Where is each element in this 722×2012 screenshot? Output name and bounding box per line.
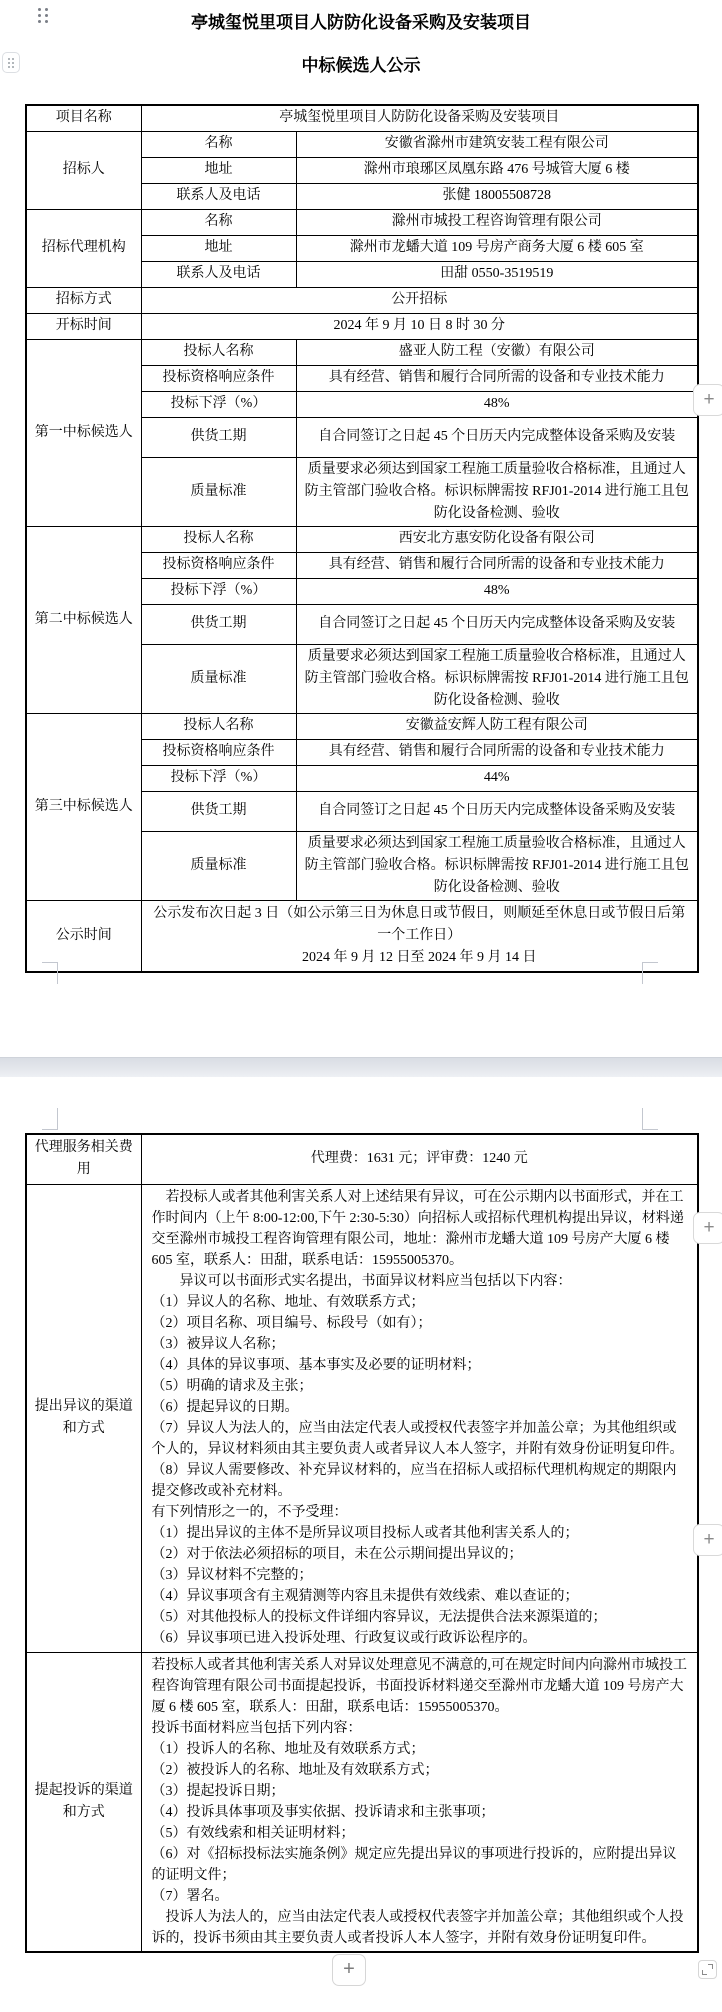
cell-sublabel[interactable]: 投标下浮（%） [141, 578, 296, 604]
cell-sublabel[interactable]: 投标下浮（%） [141, 391, 296, 417]
cell-value[interactable]: 田甜 0550-3519519 [296, 261, 698, 287]
cell-value[interactable]: 质量要求必须达到国家工程施工质量验收合格标准，且通过人防主管部门验收合格。标识标… [296, 457, 698, 526]
table-row: 开标时间 2024 年 9 月 10 日 8 时 30 分 [26, 313, 698, 339]
cell-value[interactable]: 安徽省滁州市建筑安装工程有限公司 [296, 131, 698, 157]
corner-arrow-icon [702, 1970, 707, 1975]
doc-title-line2[interactable]: 中标候选人公示 [0, 34, 722, 77]
cell-sublabel[interactable]: 联系人及电话 [141, 261, 296, 287]
cell-sublabel[interactable]: 供货工期 [141, 791, 296, 831]
cell-value[interactable]: 2024 年 9 月 10 日 8 时 30 分 [141, 313, 698, 339]
cell-sublabel[interactable]: 质量标准 [141, 831, 296, 900]
page1-bottom-left-margin-mark [42, 962, 58, 984]
cell-value[interactable]: 公示发布次日起 3 日（如公示第三日为休息日或节假日，则顺延至休息日或节假日后第… [141, 900, 698, 972]
cell-value[interactable]: 滁州市琅琊区凤凰东路 476 号城管大厦 6 楼 [296, 157, 698, 183]
cell-sublabel[interactable]: 投标资格响应条件 [141, 365, 296, 391]
cell-label[interactable]: 第二中标候选人 [26, 526, 141, 713]
cell-value[interactable]: 若投标人或者其他利害关系人对异议处理意见不满意的,可在规定时间内向滁州市城投工程… [141, 1652, 698, 1952]
cell-value[interactable]: 公开招标 [141, 287, 698, 313]
page2-top-right-margin-mark [642, 1108, 658, 1130]
table-row: 第三中标候选人 投标人名称 安徽益安辉人防工程有限公司 [26, 713, 698, 739]
table-row: 第一中标候选人 投标人名称 盛亚人防工程（安徽）有限公司 [26, 339, 698, 365]
cell-label[interactable]: 招标方式 [26, 287, 141, 313]
announcement-table: 项目名称 亭城玺悦里项目人防防化设备采购及安装项目 招标人 名称 安徽省滁州市建… [25, 104, 699, 973]
insert-row-button[interactable]: + [693, 1212, 722, 1244]
cell-label[interactable]: 提出异议的渠道和方式 [26, 1184, 141, 1652]
cell-sublabel[interactable]: 投标人名称 [141, 713, 296, 739]
cell-sublabel[interactable]: 联系人及电话 [141, 183, 296, 209]
cell-value[interactable]: 西安北方惠安防化设备有限公司 [296, 526, 698, 552]
page1-sheet: 亭城玺悦里项目人防防化设备采购及安装项目 中标候选人公示 项目名称 亭城玺悦里项… [0, 0, 722, 1057]
insert-row-button[interactable]: + [693, 384, 722, 416]
cell-value[interactable]: 滁州市龙蟠大道 109 号房产商务大厦 6 楼 605 室 [296, 235, 698, 261]
table-row: 第二中标候选人 投标人名称 西安北方惠安防化设备有限公司 [26, 526, 698, 552]
cell-sublabel[interactable]: 名称 [141, 131, 296, 157]
cell-value[interactable]: 具有经营、销售和履行合同所需的设备和专业技术能力 [296, 365, 698, 391]
cell-label[interactable]: 提起投诉的渠道和方式 [26, 1652, 141, 1952]
corner-arrow-icon [708, 1964, 713, 1969]
cell-sublabel[interactable]: 投标资格响应条件 [141, 552, 296, 578]
cell-label[interactable]: 招标人 [26, 131, 141, 209]
cell-sublabel[interactable]: 投标人名称 [141, 526, 296, 552]
table-row: 招标代理机构 名称 滁州市城投工程咨询管理有限公司 [26, 209, 698, 235]
cell-value[interactable]: 代理费：1631 元；评审费：1240 元 [141, 1134, 698, 1184]
cell-value[interactable]: 自合同签订之日起 45 个日历天内完成整体设备采购及安装 [296, 417, 698, 457]
drag-dots-icon [8, 58, 15, 68]
cell-value[interactable]: 滁州市城投工程咨询管理有限公司 [296, 209, 698, 235]
cell-sublabel[interactable]: 供货工期 [141, 604, 296, 644]
cell-label[interactable]: 开标时间 [26, 313, 141, 339]
cell-sublabel[interactable]: 名称 [141, 209, 296, 235]
objection-complaint-table: 代理服务相关费用 代理费：1631 元；评审费：1240 元 提出异议的渠道和方… [25, 1133, 699, 1953]
cell-label[interactable]: 第一中标候选人 [26, 339, 141, 526]
cell-sublabel[interactable]: 质量标准 [141, 644, 296, 713]
table-row: 代理服务相关费用 代理费：1631 元；评审费：1240 元 [26, 1134, 698, 1184]
cell-value[interactable]: 具有经营、销售和履行合同所需的设备和专业技术能力 [296, 739, 698, 765]
page2-top-left-margin-mark [42, 1108, 58, 1130]
cell-value[interactable]: 自合同签订之日起 45 个日历天内完成整体设备采购及安装 [296, 791, 698, 831]
insert-row-button[interactable]: + [693, 1524, 722, 1556]
cell-sublabel[interactable]: 地址 [141, 157, 296, 183]
doc-title-line1[interactable]: 亭城玺悦里项目人防防化设备采购及安装项目 [0, 0, 722, 34]
cell-sublabel[interactable]: 投标资格响应条件 [141, 739, 296, 765]
cell-value[interactable]: 张健 18005508728 [296, 183, 698, 209]
cell-sublabel[interactable]: 投标下浮（%） [141, 765, 296, 791]
table-row: 招标人 名称 安徽省滁州市建筑安装工程有限公司 [26, 131, 698, 157]
table-row: 招标方式 公开招标 [26, 287, 698, 313]
cell-label[interactable]: 代理服务相关费用 [26, 1134, 141, 1184]
cell-value[interactable]: 质量要求必须达到国家工程施工质量验收合格标准，且通过人防主管部门验收合格。标识标… [296, 644, 698, 713]
cell-sublabel[interactable]: 地址 [141, 235, 296, 261]
cell-label[interactable]: 项目名称 [26, 105, 141, 131]
cell-value[interactable]: 具有经营、销售和履行合同所需的设备和专业技术能力 [296, 552, 698, 578]
cell-value[interactable]: 44% [296, 765, 698, 791]
page-gap-band [0, 1057, 722, 1077]
block-drag-handle[interactable] [2, 52, 20, 73]
cell-value[interactable]: 48% [296, 391, 698, 417]
expand-icon[interactable] [698, 1960, 717, 1979]
table-row: 提起投诉的渠道和方式 若投标人或者其他利害关系人对异议处理意见不满意的,可在规定… [26, 1652, 698, 1952]
drag-handle-icon[interactable] [38, 8, 48, 23]
cell-value[interactable]: 48% [296, 578, 698, 604]
cell-value[interactable]: 若投标人或者其他利害关系人对上述结果有异议，可在公示期内以书面形式，并在工作时间… [141, 1184, 698, 1652]
page2-sheet: 代理服务相关费用 代理费：1631 元；评审费：1240 元 提出异议的渠道和方… [0, 1077, 722, 2012]
table-row: 提出异议的渠道和方式 若投标人或者其他利害关系人对上述结果有异议，可在公示期内以… [26, 1184, 698, 1652]
cell-label[interactable]: 招标代理机构 [26, 209, 141, 287]
cell-sublabel[interactable]: 供货工期 [141, 417, 296, 457]
table-row: 公示时间 公示发布次日起 3 日（如公示第三日为休息日或节假日，则顺延至休息日或… [26, 900, 698, 972]
cell-label[interactable]: 第三中标候选人 [26, 713, 141, 900]
cell-sublabel[interactable]: 投标人名称 [141, 339, 296, 365]
cell-value[interactable]: 盛亚人防工程（安徽）有限公司 [296, 339, 698, 365]
cell-value[interactable]: 安徽益安辉人防工程有限公司 [296, 713, 698, 739]
cell-sublabel[interactable]: 质量标准 [141, 457, 296, 526]
cell-value[interactable]: 自合同签订之日起 45 个日历天内完成整体设备采购及安装 [296, 604, 698, 644]
page1-bottom-right-margin-mark [642, 962, 658, 984]
cell-value[interactable]: 质量要求必须达到国家工程施工质量验收合格标准，且通过人防主管部门验收合格。标识标… [296, 831, 698, 900]
cell-value[interactable]: 亭城玺悦里项目人防防化设备采购及安装项目 [141, 105, 698, 131]
table-row: 项目名称 亭城玺悦里项目人防防化设备采购及安装项目 [26, 105, 698, 131]
add-block-button[interactable]: + [332, 1954, 366, 1986]
